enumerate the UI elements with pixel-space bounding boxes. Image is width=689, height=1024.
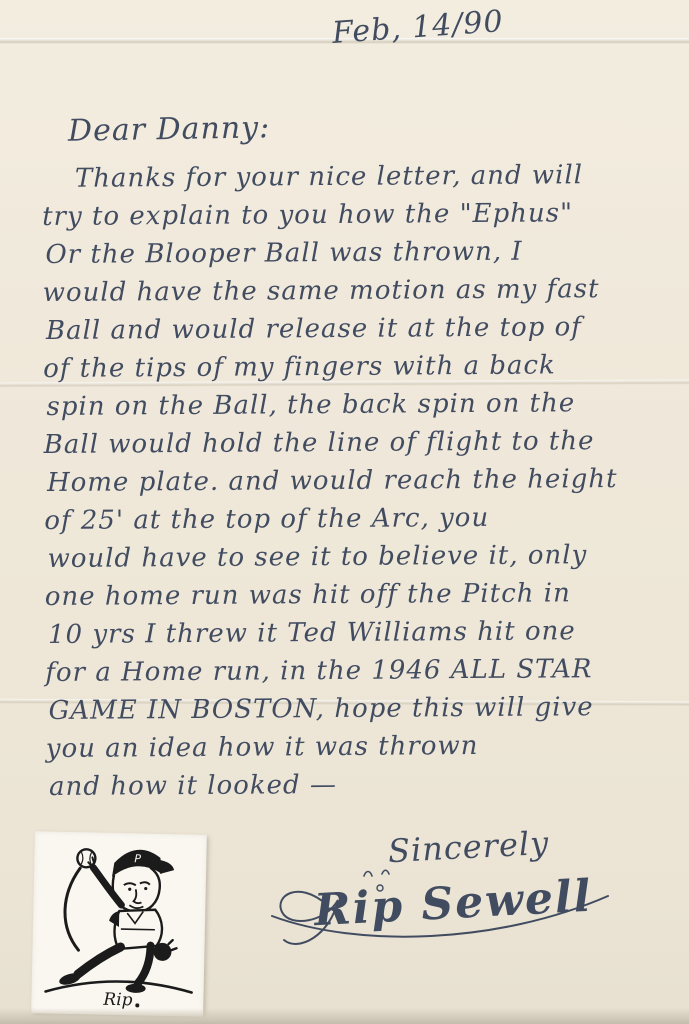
body-line: spin on the Ball, the back spin on the [46,384,617,426]
body-line: Ball and would release it at the top of [46,308,617,350]
body-line: one home run was hit off the Pitch in [45,574,619,616]
body-line: Or the Blooper Ball was thrown, I [45,232,616,274]
body-line: Home plate. and would reach the height [47,460,618,502]
letter-date: Feb, 14/90 [331,4,505,51]
cap-letter: P [134,852,141,865]
body-line: of 25' at the top of the Arc, you [44,498,618,540]
body-line: 10 yrs I threw it Ted Williams hit one [48,612,619,654]
body-line: try to explain to you how the "Ephus" [42,194,616,236]
body-line: Ball would hold the line of flight to th… [44,422,618,464]
body-line: for a Home run, in the 1946 ALL STAR [45,650,619,692]
body-line: of the tips of my fingers with a back [43,346,617,388]
body-line: and how it looked — [49,764,620,806]
letter-salutation: Dear Danny: [68,110,271,149]
body-line: GAME IN BOSTON, hope this will give [48,688,619,730]
signature-block: Rip Sewell [268,852,628,962]
body-line: would have the same motion as my fast [43,270,617,312]
scan-edge-shadow [0,1008,689,1024]
rip-caricature-sticker: P Rip [31,831,207,1017]
body-line: would have to see it to believe it, only [47,536,618,578]
body-line: Thanks for your nice letter, and will [45,156,616,198]
scanned-letter: Feb, 14/90 Dear Danny: Thanks for your n… [0,0,689,1024]
letter-body: Thanks for your nice letter, and will tr… [42,156,620,806]
body-line: you an idea how it was thrown [46,726,620,768]
player-caricature-icon: P Rip [31,831,207,1017]
